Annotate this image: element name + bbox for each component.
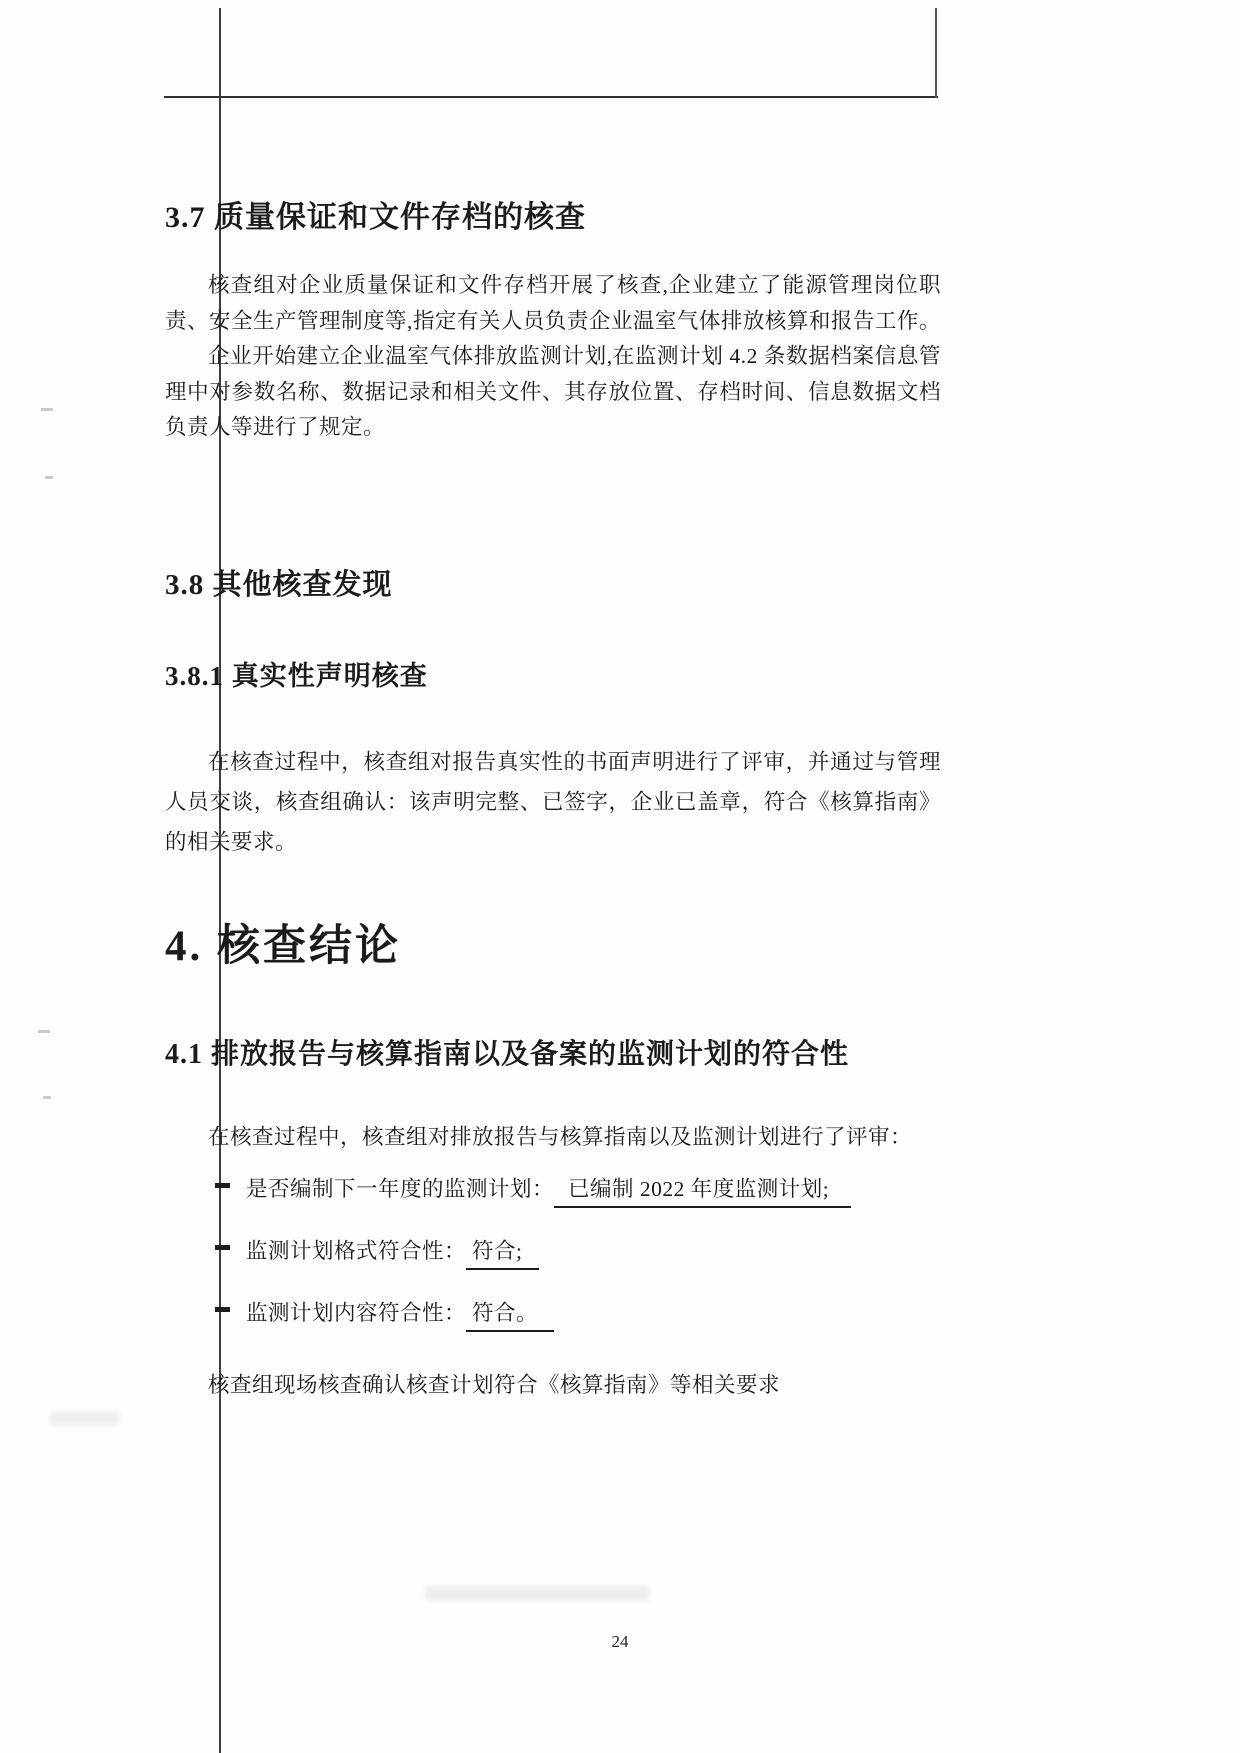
heading-4-1: 4.1 排放报告与核算指南以及备案的监测计划的符合性 bbox=[165, 1032, 941, 1072]
bullet-item: 监测计划内容符合性： 符合。 bbox=[215, 1296, 554, 1332]
scan-artifact bbox=[45, 476, 53, 479]
bullet-value-underlined: 符合; bbox=[466, 1234, 538, 1270]
bullet-dash-icon bbox=[215, 1307, 230, 1312]
heading-3-7: 3.7 质量保证和文件存档的核查 bbox=[165, 192, 941, 236]
bullet-list: 是否编制下一年度的监测计划： 已编制 2022 年度监测计划; 监测计划格式符合… bbox=[215, 1172, 941, 1372]
scan-artifact bbox=[41, 408, 53, 411]
bullet-dash-icon bbox=[215, 1183, 230, 1188]
scanned-document-page: 3.7 质量保证和文件存档的核查 核查组对企业质量保证和文件存档开展了核查,企业… bbox=[0, 0, 1240, 1753]
section-3-8-1-body: 在核查过程中，核查组对报告真实性的书面声明进行了评审，并通过与管理人员交谈，核查… bbox=[165, 742, 941, 862]
page-number: 24 bbox=[0, 1632, 1240, 1652]
section-4-1-closing: 核查组现场核查确认核查计划符合《核算指南》等相关要求 bbox=[165, 1368, 941, 1399]
bullet-dash-icon bbox=[215, 1245, 230, 1250]
heading-4: 4. 核查结论 bbox=[165, 912, 941, 973]
bullet-label: 监测计划内容符合性： bbox=[246, 1296, 466, 1327]
bullet-item: 是否编制下一年度的监测计划： 已编制 2022 年度监测计划; bbox=[215, 1172, 851, 1208]
bullet-value-underlined: 符合。 bbox=[466, 1296, 554, 1332]
bullet-value-underlined: 已编制 2022 年度监测计划; bbox=[554, 1172, 851, 1208]
paragraph: 企业开始建立企业温室气体排放监测计划,在监测计划 4.2 条数据档案信息管理中对… bbox=[165, 339, 941, 446]
bullet-label: 是否编制下一年度的监测计划： bbox=[246, 1172, 554, 1203]
section-3-7-body: 核查组对企业质量保证和文件存档开展了核查,企业建立了能源管理岗位职责、安全生产管… bbox=[165, 268, 941, 446]
top-horizontal-rule bbox=[164, 96, 938, 98]
scan-artifact bbox=[38, 1030, 50, 1033]
section-4-1-intro: 在核查过程中，核查组对排放报告与核算指南以及监测计划进行了评审： bbox=[165, 1120, 941, 1151]
heading-3-8-1: 3.8.1 真实性声明核查 bbox=[165, 654, 941, 693]
scan-smudge bbox=[50, 1412, 120, 1426]
scan-smudge bbox=[425, 1586, 650, 1601]
scan-artifact bbox=[43, 1096, 51, 1099]
top-right-rule bbox=[935, 8, 937, 98]
bullet-label: 监测计划格式符合性： bbox=[246, 1234, 466, 1265]
bullet-item: 监测计划格式符合性： 符合; bbox=[215, 1234, 539, 1270]
heading-3-8: 3.8 其他核查发现 bbox=[165, 562, 941, 603]
paragraph: 核查组对企业质量保证和文件存档开展了核查,企业建立了能源管理岗位职责、安全生产管… bbox=[165, 268, 941, 339]
paragraph: 在核查过程中，核查组对报告真实性的书面声明进行了评审，并通过与管理人员交谈，核查… bbox=[165, 742, 941, 862]
